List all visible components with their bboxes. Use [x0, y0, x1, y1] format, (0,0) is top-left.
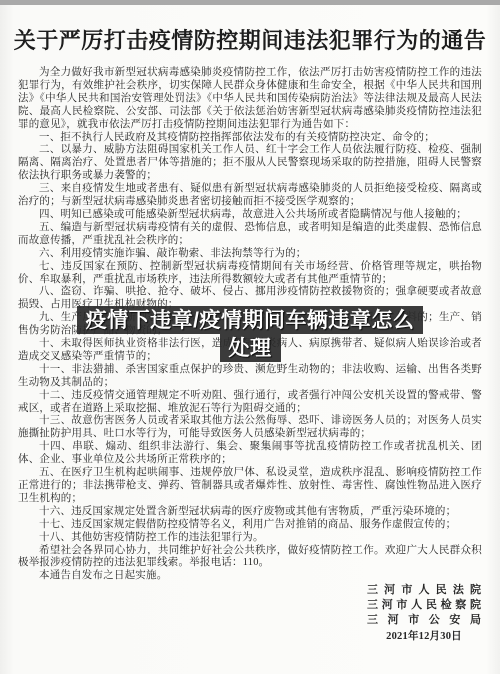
notice-paragraph: 二、以暴力、威胁方法阻碍国家机关工作人员、红十字会工作人员依法履行防疫、检疫、强…: [18, 144, 482, 183]
notice-paragraph: 三、来自疫情发生地或者患有、疑似患有新型冠状病毒感染肺炎的人员拒绝接受检疫、隔离…: [18, 183, 482, 209]
signature-lines: 三河市人民法院三河市人民检察院三河市公安局: [367, 583, 481, 629]
notice-paragraph: 一、拒不执行人民政府及其疫情防控指挥部依法发布的有关疫情防控决定、命令的；: [18, 132, 482, 145]
notice-paragraph: 八、盗窃、诈骗、哄抢、抢夺、破坏、侵占、挪用涉疫情防控救援物资的；强拿硬要或者故…: [18, 286, 482, 312]
notice-paragraph: 七、违反国家在预防、控制新型冠状病毒疫情期间有关市场经营、价格管理等规定，哄抬物…: [18, 261, 482, 287]
photo-top-edge: [0, 0, 500, 5]
notice-paragraph: 四、明知已感染或可能感染新型冠状病毒，故意进入公共场所或者隐瞒情况与他人接触的；: [18, 209, 482, 222]
notice-paragraph: 为全力做好我市新型冠状病毒感染肺炎疫情防控工作，依法严厉打击妨害疫情防控工作的违…: [18, 67, 482, 132]
notice-paragraph: 希望社会各界同心协力，共同维护好社会公共秩序，做好疫情防控工作。欢迎广大人民群众…: [18, 545, 482, 571]
notice-paragraph: 十三、故意伤害医务人员或者采取其他方法公然侮辱、恐吓、诽谤医务人员的；对医务人员…: [18, 415, 482, 441]
signature-line: 三河市人民法院: [367, 583, 481, 598]
signature-block: 三河市人民法院三河市人民检察院三河市公安局 2021年12月30日: [367, 583, 481, 644]
notice-paragraph: 十一、非法猎捕、杀害国家重点保护的珍贵、濒危野生动物的；非法收购、运输、出售各类…: [18, 364, 482, 390]
notice-paragraph: 十、未取得医师执业资格非法行医，造成新冠肺炎病人、病原携带者、疑似病人贻误诊治或…: [18, 338, 482, 364]
notice-paragraph: 五、在医疗卫生机构起哄闹事、违规停放尸体、私设灵堂，造成秩序混乱、影响疫情防控工…: [18, 467, 482, 506]
notice-paragraph: 十四、串联、煽动、组织非法游行、集会、聚集闹事等扰乱疫情防控工作或者扰乱机关、团…: [18, 441, 482, 467]
notice-paragraph: 六、利用疫情实施诈骗、敲诈勒索、非法拘禁等行为的；: [18, 248, 482, 261]
notice-title: 关于严厉打击疫情防控期间违法犯罪行为的通告: [0, 24, 500, 55]
notice-body: 为全力做好我市新型冠状病毒感染肺炎疫情防控工作，依法严厉打击妨害疫情防控工作的违…: [18, 67, 482, 583]
notice-paragraph: 本通告自发布之日起实施。: [18, 570, 482, 583]
signature-line: 三河市公安局: [367, 613, 481, 628]
notice-paragraph: 十二、违反疫情交通管理规定不听劝阻、强行通行，或者强行冲闯公安机关设置的警戒带、…: [18, 390, 482, 416]
notice-paragraph: 十六、违反国家规定处置含新型冠状病毒的医疗废物或其他有害物质，严重污染环境的；: [18, 506, 482, 519]
notice-paragraph: 十七、违反国家规定假借防控疫情等名义，利用广告对推销的商品、服务作虚假宣传的；: [18, 519, 482, 532]
notice-paragraph: 十八、其他妨害疫情防控工作的违法犯罪行为。: [18, 532, 482, 545]
notice-paragraph: 九、生产用于防治新型冠状病毒感染肺炎的伪劣药品、医疗器械、医用卫生材料的；生产、…: [18, 312, 482, 338]
notice-paragraph: 五、编造与新型冠状病毒疫情有关的虚假、恐怖信息，或者明知是编造的此类虚假、恐怖信…: [18, 222, 482, 248]
notice-photo: 关于严厉打击疫情防控期间违法犯罪行为的通告 为全力做好我市新型冠状病毒感染肺炎疫…: [0, 0, 500, 674]
signature-date: 2021年12月30日: [367, 629, 481, 644]
signature-line: 三河市人民检察院: [367, 598, 481, 613]
